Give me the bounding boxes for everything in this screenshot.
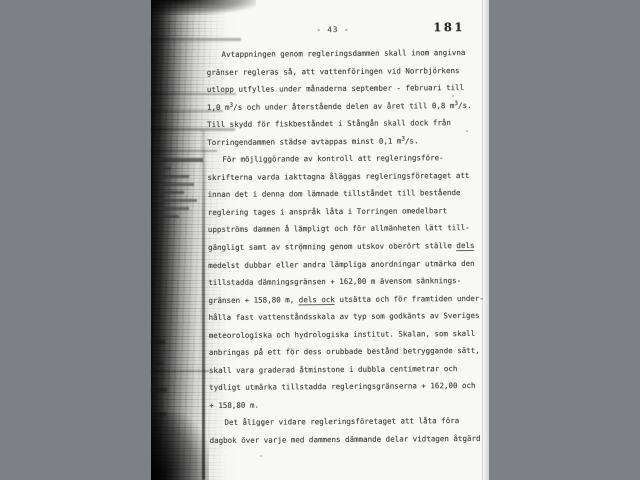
- text-line: skrifterna varda iakttagna åläggas regle…: [207, 167, 491, 187]
- text-line: tillstadda dämningsgränsen + 162,00 m äv…: [208, 272, 492, 292]
- document-lines: Avtappningen genom regleringsdammen skal…: [206, 44, 493, 450]
- text-line: För möjliggörande av kontroll att regler…: [207, 149, 491, 169]
- text-line: Torringendammen städse avtappas minst 0,…: [207, 132, 491, 152]
- text-line: utlopp utfylles under månaderna septembe…: [207, 79, 491, 99]
- text-line: innan det i denna dom lämnade tillstånde…: [208, 184, 492, 204]
- page-number-header: - 43 -: [316, 25, 349, 34]
- text-line: uppströms dammen å lämpligt och för allm…: [208, 219, 492, 239]
- text-line: reglering tages i anspråk låta i Torring…: [208, 202, 492, 222]
- text-line: skall vara graderad åtminstone i dubbla …: [209, 360, 493, 380]
- text-line: tydligt utmärka tillstadda regleringsgrä…: [209, 377, 493, 397]
- text-line: + 158,80 m.: [209, 395, 493, 415]
- text-line: medelst dubbar eller andra lämpliga anor…: [208, 254, 492, 274]
- text-line: gränsen + 158,80 m, dels ock utsätta och…: [208, 289, 492, 309]
- text-line: meteorologiska och hydrologiska institut…: [209, 325, 493, 345]
- text-line: gängligt samt av strömning genom utskov …: [208, 237, 492, 257]
- text-line: Avtappningen genom regleringsdammen skal…: [206, 44, 490, 64]
- scan-viewer-background: - 43 - 181 Avtappningen genom reglerings…: [0, 0, 640, 480]
- text-line: dagbok över varje med dammens dämmande d…: [210, 430, 494, 450]
- text-line: Det åligger vidare regleringsföretaget a…: [209, 412, 493, 432]
- text-line: hålla fast vattenståndsskala av typ som …: [209, 307, 493, 327]
- text-line: Till skydd för fiskbeståndet i Stångån s…: [207, 114, 491, 134]
- page-number-stamp: 181: [433, 20, 465, 34]
- text-line: gränser regleras så, att vattenföringen …: [207, 61, 491, 81]
- text-line: anbringas på ett för dess orubbade bestå…: [209, 342, 493, 362]
- typed-content: - 43 - 181 Avtappningen genom reglerings…: [0, 0, 640, 480]
- text-line: 1,0 m3/s och under återstående delen av …: [207, 96, 491, 116]
